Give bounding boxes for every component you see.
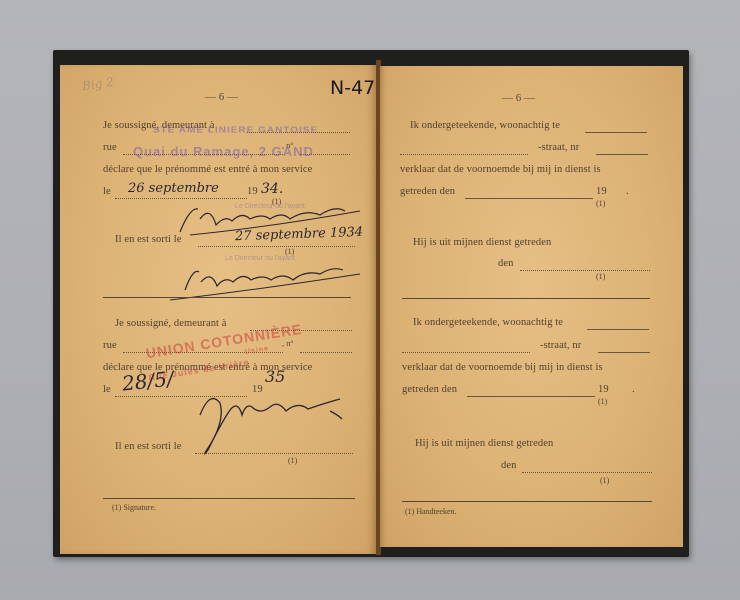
handwritten-entry-date-2: 28/5/ (121, 366, 175, 395)
entry2-line4-prefix: le (103, 384, 111, 395)
r-exit-date-field-line (520, 270, 650, 271)
page-number: — 6 — (205, 91, 238, 103)
right-page: — 6 — Ik ondergeteekende, woonachtig te … (380, 66, 683, 547)
entry2-line1: Je soussigné, demeurant à (115, 318, 227, 329)
r-entry1-line1: Ik ondergeteekende, woonachtig te (410, 120, 560, 131)
section-divider (103, 297, 351, 298)
r-entry1-year: 19 (596, 186, 607, 197)
r-town-field-line-2 (587, 329, 649, 330)
r-date-field-line (465, 198, 593, 199)
r-entry2-line3: verklaar dat de voornoemde bij mij in di… (402, 362, 603, 373)
company-stamp-line2: Quai du Ramage, 2 GAND (133, 144, 314, 159)
r-exit-footnote: (1) (596, 272, 605, 281)
footnote-divider (103, 498, 355, 499)
r-entry1-line4-prefix: getreden den (400, 186, 455, 197)
handwritten-entry-date: 26 septembre (128, 181, 219, 196)
r-exit-footnote-2: (1) (600, 476, 609, 485)
handwritten-record-number: N-47 (330, 77, 375, 99)
signature-footnote: (1) Signature. (112, 503, 156, 512)
r-street-field-line (400, 154, 528, 155)
entry2-exit-label: Il en est sorti le (115, 441, 182, 452)
r-entry1-footnote: (1) (596, 199, 605, 208)
exit-footnote-mark-2: (1) (288, 456, 297, 465)
r-section-divider (402, 298, 650, 299)
entry2-line2-prefix: rue (103, 340, 117, 351)
r-entry2-footnote: (1) (598, 397, 607, 406)
r-entry1-street-label: -straat, nr (538, 142, 579, 153)
r-entry2-exit-den: den (501, 460, 516, 471)
r-entry1-exit-label: Hij is uit mijnen dienst getreden (413, 237, 551, 248)
r-entry1-line3: verklaar dat de voornoemde bij mij in di… (400, 164, 601, 175)
r-entry2-line4-prefix: getreden den (402, 384, 457, 395)
exit-date-field-line (198, 246, 355, 247)
entry1-year-prefix: 19 (247, 186, 258, 197)
r-entry2-exit-label: Hij is uit mijnen dienst getreden (415, 438, 553, 449)
company-stamp-line1: STE AME LINIERE GANTOISE (153, 126, 318, 135)
handteeken-footnote: (1) Handteeken. (405, 507, 457, 516)
entry2-number-label: , n° (282, 339, 294, 348)
entry1-line4-prefix: le (103, 186, 111, 197)
r-entry2-line1: Ik ondergeteekende, woonachtig te (413, 317, 563, 328)
r-entry1-exit-den: den (498, 258, 513, 269)
exit-date-field-line-2 (195, 453, 353, 454)
left-page: Big 2 — 6 — N-47 Je soussigné, demeurant… (60, 65, 378, 554)
r-entry1-period: . (626, 186, 629, 197)
r-number-field-line-2 (598, 352, 650, 353)
pencil-corner-note: Big 2 (81, 75, 114, 93)
r-town-field-line (585, 132, 647, 133)
signature-lombaert-2 (165, 260, 365, 300)
r-date-field-line-2 (467, 396, 595, 397)
number-field-line-2 (300, 352, 352, 353)
r-exit-date-field-line-2 (522, 472, 652, 473)
entry1-exit-label: Il en est sorti le (115, 234, 182, 245)
union-cotonniere-stamp-small: Usine (245, 345, 270, 356)
r-number-field-line (596, 154, 648, 155)
r-street-field-line-2 (402, 352, 530, 353)
page-number-right: — 6 — (502, 92, 535, 104)
handwritten-entry-year-2: 35 (265, 367, 285, 386)
r-footnote-divider (402, 501, 652, 502)
r-entry2-street-label: -straat, nr (540, 340, 581, 351)
entry1-line2-prefix: rue (103, 142, 117, 153)
r-entry2-year: 19 (598, 384, 609, 395)
entry1-line3: déclare que le prénommé est entré à mon … (103, 164, 312, 175)
r-entry2-period: . (632, 384, 635, 395)
handwritten-entry-year: 34. (261, 181, 283, 197)
handwritten-exit-date: 27 septembre 1934 (235, 225, 364, 244)
